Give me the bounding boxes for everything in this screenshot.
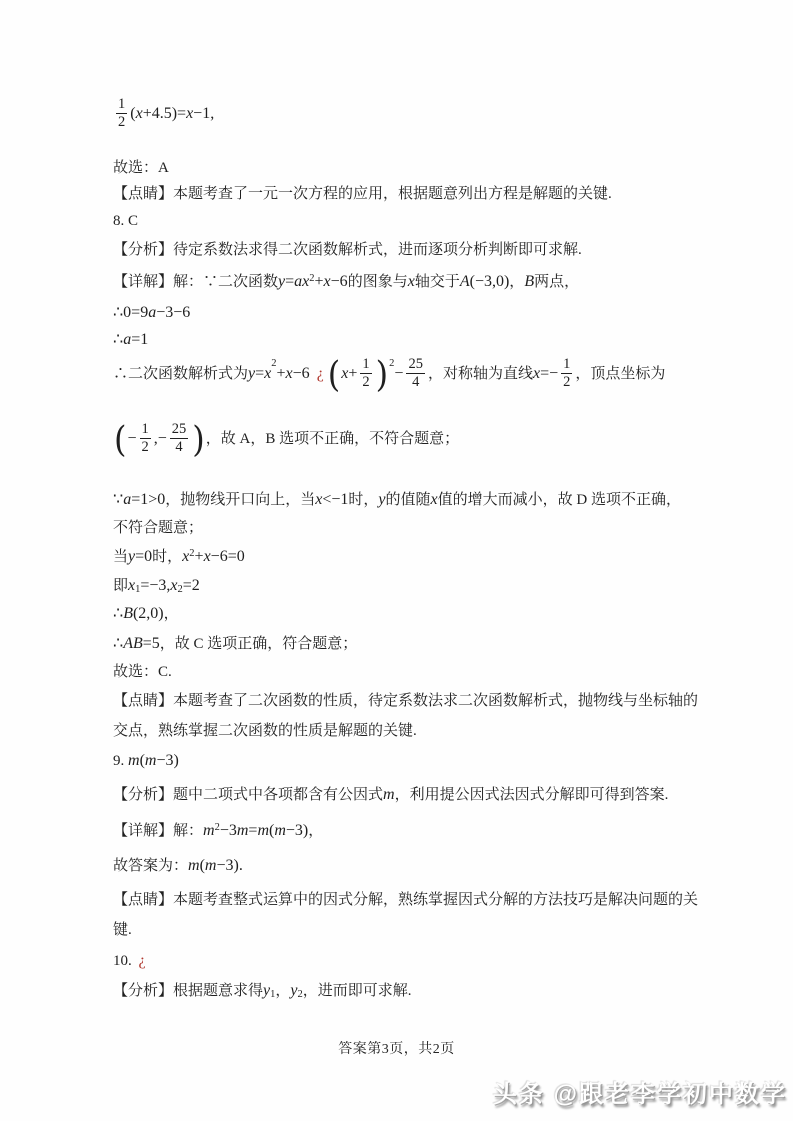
q7-comment: 【点睛】本题考查了一元一次方程的应用，根据题意列出方程是解题的关键.: [113, 184, 612, 204]
math-text: =1: [131, 329, 148, 351]
math-text: −3): [156, 750, 178, 772]
math-variable: m: [203, 820, 215, 842]
math-text: =5: [143, 633, 160, 655]
math-variable: x: [431, 489, 438, 511]
text-segment: 【详解】解：∵二次函数: [113, 272, 278, 292]
text-segment: ，: [164, 604, 179, 624]
big-paren: (: [328, 357, 340, 391]
math-variable: ax: [294, 271, 309, 293]
math-text: (−3,0): [470, 271, 510, 293]
math-variable: B: [524, 271, 534, 293]
math-variable: x: [264, 363, 271, 385]
q9-solution: 【详解】解：m2−3m=m(m−3)，: [113, 820, 323, 842]
fraction-numerator: 1: [360, 356, 371, 374]
q8-solution-2: ∴0=9a−3−6: [113, 302, 190, 324]
q8-solution-6: ∵a=1>0，抛物线开口向上，当x<−1时，y的值随x值的增大而减小，故 D 选…: [113, 489, 681, 511]
fraction-denominator: 4: [173, 439, 184, 456]
math-variable: x: [315, 489, 322, 511]
math-text: +: [348, 363, 357, 385]
fraction: 12: [360, 356, 371, 392]
math-text: +: [195, 546, 204, 568]
math-variable: y: [290, 980, 297, 1002]
q8-solution-3: ∴a=1: [113, 329, 148, 351]
q8-solution-1: 【详解】解：∵二次函数y=ax2+x−6的图象与x轴交于A(−3,0)，B两点，: [113, 271, 579, 293]
math-text: ∵: [113, 489, 123, 511]
math-variable: y: [128, 546, 135, 568]
text-segment: 故选：A: [113, 158, 169, 178]
text-segment: 【分析】题中二项式中各项都含有公因式: [113, 785, 383, 805]
math-text: −: [127, 428, 136, 450]
math-text: ,−: [154, 428, 167, 450]
fraction: 254: [406, 356, 425, 392]
q8-solution-7: 不符合题意；: [113, 518, 203, 538]
text-segment: 时，: [348, 490, 378, 510]
math-text: −3: [220, 820, 237, 842]
math-text: −6=0: [211, 546, 245, 568]
text-segment: 【分析】待定系数法求得二次函数解析式，进而逐项分析判断即可求解.: [113, 240, 582, 260]
math-text: =0: [135, 546, 152, 568]
fraction-denominator: 2: [360, 374, 371, 391]
q9-comment-2: 键.: [113, 920, 132, 940]
text-segment: ，对称轴为直线: [428, 364, 533, 384]
text-segment: 【点睛】本题考查了一元一次方程的应用，根据题意列出方程是解题的关键.: [113, 184, 612, 204]
missing-formula-mark: ¿: [317, 363, 324, 385]
q9-conclusion: 故答案为：m(m−3).: [113, 855, 243, 877]
math-variable: y: [248, 363, 255, 385]
text-segment: ，故 C 选项正确，符合题意；: [160, 634, 358, 654]
math-variable: m: [145, 750, 157, 772]
fraction-denominator: 4: [410, 374, 421, 391]
math-variable: x: [341, 363, 348, 385]
math-variable: y: [378, 489, 385, 511]
text-segment: 即: [113, 576, 128, 596]
fraction-denominator: 2: [561, 374, 572, 391]
q8-answer: 8. C: [113, 211, 138, 231]
math-variable: x: [182, 546, 189, 568]
math-text: −3).: [216, 855, 242, 877]
math-variable: x: [136, 103, 143, 125]
page-footer: 答案第3页，共2页: [0, 1038, 793, 1058]
math-variable: m: [128, 750, 140, 772]
math-variable: AB: [123, 633, 143, 655]
text-segment: 不符合题意；: [113, 518, 203, 538]
big-paren: ): [376, 357, 388, 391]
text-segment: 9.: [113, 751, 128, 771]
text-segment: 【详解】解：: [113, 821, 203, 841]
math-text: −3): [286, 820, 308, 842]
fraction-numerator: 1: [561, 356, 572, 374]
fraction-denominator: 2: [140, 439, 151, 456]
text-segment: 【点睛】本题考查整式运算中的因式分解，熟练掌握因式分解的方法技巧是解决问题的关: [113, 890, 698, 910]
text-segment: ∴二次函数解析式为: [113, 364, 248, 384]
math-text: ∴: [113, 329, 123, 351]
q8-comment-1: 【点睛】本题考查了二次函数的性质，待定系数法求二次函数解析式，抛物线与坐标轴的: [113, 691, 698, 711]
fraction-denominator: 2: [116, 114, 127, 131]
fraction-numerator: 25: [406, 356, 425, 374]
math-text: +4.5)=: [143, 103, 186, 125]
text-segment: 【分析】根据题意求得: [113, 981, 263, 1001]
fraction: 12: [140, 421, 151, 457]
q8-solution-10: ∴B(2,0)，: [113, 603, 179, 625]
math-variable: x: [128, 575, 135, 597]
math-text: ∴: [113, 633, 123, 655]
math-variable: y: [263, 980, 270, 1002]
text-segment: ，顶点坐标为: [575, 364, 665, 384]
big-paren: (: [114, 422, 126, 456]
text-segment: 的图象与: [348, 272, 408, 292]
fraction: 12: [561, 356, 572, 392]
math-variable: m: [188, 855, 200, 877]
q9-answer: 9. m(m−3): [113, 750, 179, 772]
math-text: =: [285, 271, 294, 293]
q7-answer: 故选：A: [113, 158, 169, 178]
text-segment: ，抛物线开口向上，当: [165, 490, 315, 510]
math-variable: x: [324, 271, 331, 293]
math-text: =−3,: [140, 575, 170, 597]
q8-solution-9: 即x1=−3,x2=2: [113, 575, 200, 597]
q9-analysis: 【分析】题中二项式中各项都含有公因式m，利用提公因式法因式分解即可得到答案.: [113, 784, 668, 806]
q9-comment-1: 【点睛】本题考查整式运算中的因式分解，熟练掌握因式分解的方法技巧是解决问题的关: [113, 890, 698, 910]
q8-solution-5: (−12,−254)，故 A，B 选项不正确，不符合题意；: [113, 421, 459, 457]
math-variable: m: [257, 820, 269, 842]
math-text: −6: [331, 271, 348, 293]
math-variable: x: [186, 103, 193, 125]
math-text: −6: [293, 363, 314, 385]
math-variable: y: [278, 271, 285, 293]
math-variable: x: [204, 546, 211, 568]
math-text: +: [315, 271, 324, 293]
text-segment: 值的增大而减小，故 D 选项不正确，: [438, 490, 681, 510]
text-segment: 当: [113, 547, 128, 567]
text-segment: 故答案为：: [113, 856, 188, 876]
math-text: +: [277, 363, 286, 385]
math-variable: m: [205, 855, 217, 877]
math-text: (2,0): [133, 603, 164, 625]
math-variable: m: [274, 820, 286, 842]
q8-conclusion: 故选：C.: [113, 662, 172, 682]
text-segment: 时，: [152, 547, 182, 567]
math-variable: x: [170, 575, 177, 597]
watermark-toutiao: 头条 @跟老李学初中数学: [493, 1074, 787, 1109]
fraction-numerator: 1: [116, 96, 127, 114]
text-segment: 交点，熟练掌握二次函数的性质是解题的关键.: [113, 721, 417, 741]
math-variable: x: [533, 363, 540, 385]
math-variable: a: [123, 329, 131, 351]
math-variable: a: [123, 489, 131, 511]
math-text: <−1: [322, 489, 348, 511]
math-variable: A: [460, 271, 470, 293]
math-text: −1,: [193, 103, 214, 125]
math-text: −: [394, 363, 403, 385]
text-segment: 的值随: [386, 490, 431, 510]
q10-analysis: 【分析】根据题意求得y1，y2，进而即可求解.: [113, 980, 412, 1002]
math-text: ∴: [113, 603, 123, 625]
fraction-numerator: 1: [140, 421, 151, 439]
text-segment: ，故 A，B 选项不正确，不符合题意；: [206, 429, 459, 449]
math-variable: m: [383, 784, 395, 806]
math-text: ∴0=9: [113, 302, 148, 324]
big-paren: ): [192, 422, 204, 456]
missing-formula-mark: ¿: [139, 950, 146, 972]
math-text: =: [255, 363, 264, 385]
text-segment: ，: [308, 821, 323, 841]
math-variable: a: [148, 302, 156, 324]
math-text: −3−6: [156, 302, 190, 324]
text-segment: 轴交于: [415, 272, 460, 292]
text-segment: ，: [275, 981, 290, 1001]
fraction: 12: [116, 96, 127, 132]
text-segment: ，利用提公因式法因式分解即可得到答案.: [395, 785, 669, 805]
q8-solution-4: ∴二次函数解析式为y=x2+x−6 ¿(x+12)2−254，对称轴为直线x=−…: [113, 356, 665, 392]
text-segment: 【点睛】本题考查了二次函数的性质，待定系数法求二次函数解析式，抛物线与坐标轴的: [113, 691, 698, 711]
text-segment: 10.: [113, 951, 136, 971]
q8-solution-8: 当y=0时，x2+x−6=0: [113, 546, 245, 568]
math-text: =1>0: [131, 489, 165, 511]
q10-answer: 10. ¿: [113, 950, 149, 972]
math-text: =2: [183, 575, 200, 597]
text-segment: ，进而即可求解.: [303, 981, 412, 1001]
q8-solution-11: ∴AB=5，故 C 选项正确，符合题意；: [113, 633, 357, 655]
q8-comment-2: 交点，熟练掌握二次函数的性质是解题的关键.: [113, 721, 417, 741]
text-segment: 故选：C.: [113, 662, 172, 682]
text-segment: 8. C: [113, 211, 138, 231]
q8-analysis: 【分析】待定系数法求得二次函数解析式，进而逐项分析判断即可求解.: [113, 240, 582, 260]
text-segment: 两点，: [534, 272, 579, 292]
math-text: =−: [540, 363, 558, 385]
math-variable: x: [408, 271, 415, 293]
fraction: 254: [170, 421, 189, 457]
text-segment: ，: [509, 272, 524, 292]
fraction-numerator: 25: [170, 421, 189, 439]
text-segment: 键.: [113, 920, 132, 940]
math-variable: B: [123, 603, 133, 625]
q7-equation: 12(x+4.5)=x−1,: [113, 96, 214, 132]
document-page: 12(x+4.5)=x−1,故选：A【点睛】本题考查了一元一次方程的应用，根据题…: [0, 0, 793, 1121]
math-variable: x: [286, 363, 293, 385]
math-text: =: [248, 820, 257, 842]
math-variable: m: [237, 820, 249, 842]
